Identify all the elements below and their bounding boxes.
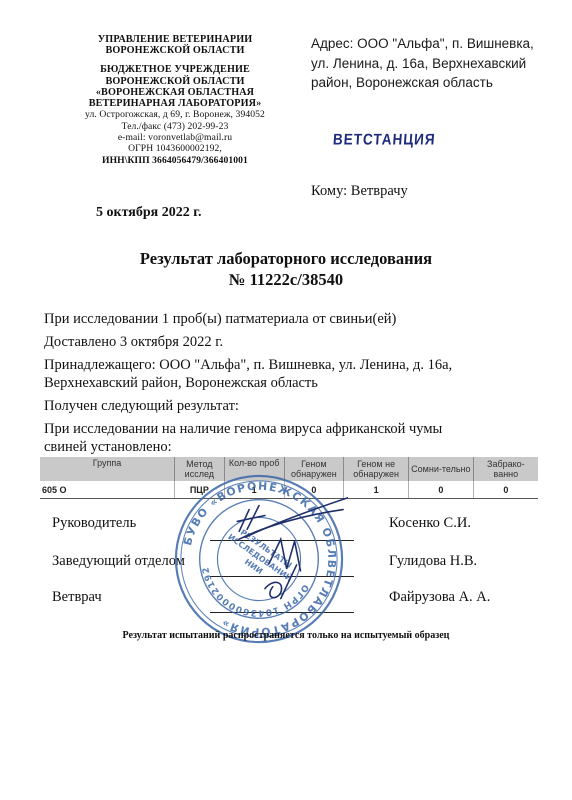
- cell-genome-not-detected: 1: [344, 481, 409, 499]
- lab-inn-kpp: ИНН\КПП 3664056479/366401001: [60, 155, 290, 166]
- institution-line: ВЕТЕРИНАРНАЯ ЛАБОРАТОРИЯ»: [60, 98, 290, 109]
- test-line: свиней установлено:: [44, 438, 544, 456]
- header-group: Группа: [40, 457, 174, 481]
- institution-name: БЮДЖЕТНОЕ УЧРЕЖДЕНИЕ ВОРОНЕЖСКОЙ ОБЛАСТИ…: [60, 64, 290, 109]
- result-number: № 11222с/38540: [0, 269, 572, 290]
- round-seal-stamp: БУВО «ВОРОНЕЖСКАЯ ОБЛВЕТЛАБОРАТОРИЯ» ОГР…: [170, 470, 348, 648]
- title-line: Результат лабораторного исследования: [0, 248, 572, 269]
- cell-group: 605 О: [40, 481, 174, 499]
- cell-rejected: 0: [473, 481, 538, 499]
- signature-role-vet: Ветврач: [52, 589, 102, 606]
- lab-ogrn: ОГРН 1043600002192,: [60, 143, 290, 154]
- samples-text: При исследовании 1 проб(ы) патматериала …: [44, 310, 544, 328]
- header-rejected: Забрако-ванно: [473, 457, 538, 481]
- institution-line: БЮДЖЕТНОЕ УЧРЕЖДЕНИЕ: [60, 64, 290, 75]
- footer-note: Результат испытаний распространяется тол…: [0, 630, 572, 641]
- document-title: Результат лабораторного исследования № 1…: [0, 248, 572, 290]
- letterhead: УПРАВЛЕНИЕ ВЕТЕРИНАРИИ ВОРОНЕЖСКОЙ ОБЛАС…: [60, 34, 290, 166]
- recipient-address: Адрес: ООО "Альфа", п. Вишневка, ул. Лен…: [311, 34, 561, 93]
- delivered-text: Доставлено 3 октября 2022 г.: [44, 333, 544, 351]
- result-intro: Получен следующий результат:: [44, 397, 544, 415]
- owner-line: Верхнехавский район, Воронежская область: [44, 374, 544, 392]
- lab-email: e-mail: voronvetlab@mail.ru: [60, 132, 290, 143]
- issue-date: 5 октября 2022 г.: [96, 205, 201, 221]
- address-line: район, Воронежская область: [311, 73, 561, 93]
- test-line: При исследовании на наличие генома вирус…: [44, 420, 544, 438]
- owner-line: Принадлежащего: ООО "Альфа", п. Вишневка…: [44, 356, 544, 374]
- lab-address: ул. Острогожская, д 69, г. Воронеж, 3940…: [60, 109, 290, 120]
- header-doubtful: Сомни-тельно: [408, 457, 473, 481]
- header-genome-not-detected: Геном не обнаружен: [344, 457, 409, 481]
- authority-name: УПРАВЛЕНИЕ ВЕТЕРИНАРИИ ВОРОНЕЖСКОЙ ОБЛАС…: [60, 34, 290, 56]
- signature-role-head: Руководитель: [52, 515, 136, 532]
- institution-line: ВОРОНЕЖСКОЙ ОБЛАСТИ: [60, 76, 290, 87]
- recipient-to: Кому: Ветврачу: [311, 183, 408, 200]
- address-line: Адрес: ООО "Альфа", п. Вишневка,: [311, 34, 561, 54]
- authority-line: УПРАВЛЕНИЕ ВЕТЕРИНАРИИ: [60, 34, 290, 45]
- owner-text: Принадлежащего: ООО "Альфа", п. Вишневка…: [44, 356, 544, 392]
- signature-role-dept-head: Заведующий отделом: [52, 553, 185, 570]
- vetstation-stamp: ВЕТСТАНЦИЯ: [332, 131, 436, 148]
- test-description: При исследовании на наличие генома вирус…: [44, 420, 544, 456]
- address-line: ул. Ленина, д. 16а, Верхнехавский: [311, 54, 561, 74]
- signature-name-dept-head: Гулидова Н.В.: [389, 553, 477, 570]
- signature-name-head: Косенко С.И.: [389, 515, 471, 532]
- lab-phone: Тел./факс (473) 202-99-23: [60, 121, 290, 132]
- authority-line: ВОРОНЕЖСКОЙ ОБЛАСТИ: [60, 45, 290, 56]
- institution-line: «ВОРОНЕЖСКАЯ ОБЛАСТНАЯ: [60, 87, 290, 98]
- cell-doubtful: 0: [408, 481, 473, 499]
- signature-name-vet: Файрузова А. А.: [389, 589, 490, 606]
